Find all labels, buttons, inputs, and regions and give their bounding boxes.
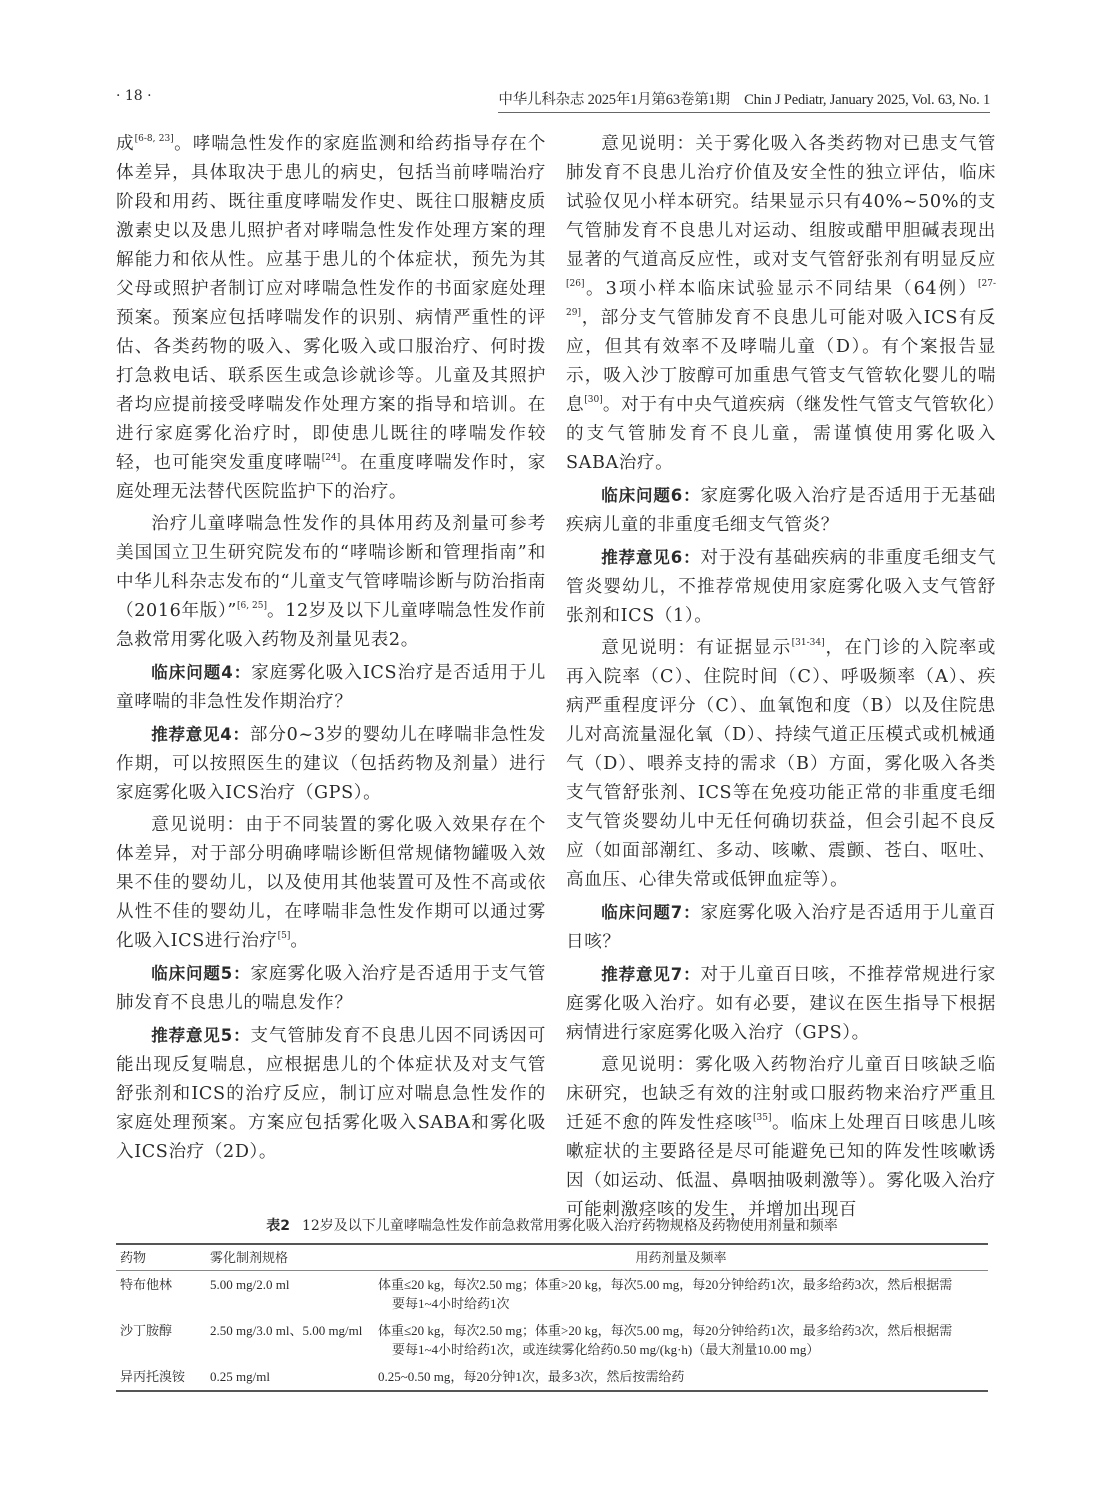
dosage-table: 药物 雾化制剂规格 用药剂量及频率 特布他林 5.00 mg/2.0 ml 体重…: [116, 1243, 988, 1392]
cell-spec: 0.25 mg/ml: [206, 1363, 374, 1391]
clinical-question-6: 临床问题6：家庭雾化吸入治疗是否适用于无基础疾病儿童的非重度毛细支气管炎？: [566, 481, 996, 540]
cell-dose: 体重≤20 kg，每次2.50 mg；体重>20 kg，每次5.00 mg，每2…: [374, 1317, 988, 1363]
cell-drug: 异丙托溴铵: [116, 1363, 206, 1391]
recommendation-7: 推荐意见7：对于儿童百日咳，不推荐常规进行家庭雾化吸入治疗。如有必要，建议在医生…: [566, 960, 996, 1048]
recommendation-4: 推荐意见4：部分0~3岁的婴幼儿在哮喘非急性发作期，可以按照医生的建议（包括药物…: [116, 720, 546, 808]
table-row: 异丙托溴铵 0.25 mg/ml 0.25~0.50 mg，每20分钟1次，最多…: [116, 1363, 988, 1391]
citation[interactable]: [6-8, 23]: [135, 134, 174, 144]
explanation-5: 意见说明：关于雾化吸入各类药物对已患支气管肺发育不良患儿治疗价值及安全性的独立评…: [566, 130, 996, 478]
explanation-4: 意见说明：由于不同装置的雾化吸入效果存在个体差异，对于部分明确哮喘诊断但常规储物…: [116, 811, 546, 956]
citation[interactable]: [6, 25]: [237, 601, 267, 611]
cell-spec: 5.00 mg/2.0 ml: [206, 1271, 374, 1318]
clinical-question-5: 临床问题5：家庭雾化吸入治疗是否适用于支气管肺发育不良患儿的喘息发作？: [116, 959, 546, 1018]
cell-drug: 沙丁胺醇: [116, 1317, 206, 1363]
left-column: 成[6-8, 23]。哮喘急性发作的家庭监测和给药指导存在个体差异，具体取决于患…: [116, 130, 546, 1170]
table-header-row: 药物 雾化制剂规格 用药剂量及频率: [116, 1244, 988, 1271]
clinical-question-4: 临床问题4：家庭雾化吸入ICS治疗是否适用于儿童哮喘的非急性发作期治疗？: [116, 658, 546, 717]
explanation-6: 意见说明：有证据显示[31-34]，在门诊的入院率或再入院率（C）、住院时间（C…: [566, 634, 996, 895]
citation[interactable]: [24]: [322, 453, 340, 463]
citation[interactable]: [30]: [584, 395, 602, 405]
citation[interactable]: [35]: [753, 1113, 771, 1123]
journal-citation: 中华儿科杂志 2025年1月第63卷第1期 Chin J Pediatr, Ja…: [498, 88, 990, 113]
table-title: 12岁及以下儿童哮喘急性发作前急救常用雾化吸入治疗药物规格及药物使用剂量和频率: [302, 1218, 838, 1234]
clinical-question-7: 临床问题7：家庭雾化吸入治疗是否适用于儿童百日咳？: [566, 898, 996, 957]
table-row: 沙丁胺醇 2.50 mg/3.0 ml、5.00 mg/ml 体重≤20 kg，…: [116, 1317, 988, 1363]
citation[interactable]: [5]: [278, 931, 291, 941]
citation[interactable]: [26]: [566, 279, 584, 289]
recommendation-5: 推荐意见5：支气管肺发育不良患儿因不同诱因可能出现反复喘息，应根据患儿的个体症状…: [116, 1021, 546, 1167]
cell-dose: 体重≤20 kg，每次2.50 mg；体重>20 kg，每次5.00 mg，每2…: [374, 1271, 988, 1318]
running-header: · 18 · 中华儿科杂志 2025年1月第63卷第1期 Chin J Pedi…: [116, 88, 990, 110]
right-column: 意见说明：关于雾化吸入各类药物对已患支气管肺发育不良患儿治疗价值及安全性的独立评…: [566, 130, 996, 1228]
table-caption: 表212岁及以下儿童哮喘急性发作前急救常用雾化吸入治疗药物规格及药物使用剂量和频…: [116, 1215, 988, 1235]
paragraph-dosage-reference: 治疗儿童哮喘急性发作的具体用药及剂量可参考美国国立卫生研究院发布的“哮喘诊断和管…: [116, 510, 546, 655]
cell-spec: 2.50 mg/3.0 ml、5.00 mg/ml: [206, 1317, 374, 1363]
header-drug: 药物: [116, 1244, 206, 1271]
table-label: 表2: [266, 1218, 290, 1234]
header-spec: 雾化制剂规格: [206, 1244, 374, 1271]
explanation-7: 意见说明：雾化吸入药物治疗儿童百日咳缺乏临床研究，也缺乏有效的注射或口服药物来治…: [566, 1051, 996, 1225]
recommendation-6: 推荐意见6：对于没有基础疾病的非重度毛细支气管炎婴幼儿，不推荐常规使用家庭雾化吸…: [566, 543, 996, 631]
cell-dose: 0.25~0.50 mg，每20分钟1次，最多3次，然后按需给药: [374, 1363, 988, 1391]
citation[interactable]: [31-34]: [792, 638, 825, 648]
cell-drug: 特布他林: [116, 1271, 206, 1318]
paragraph-home-monitoring: 成[6-8, 23]。哮喘急性发作的家庭监测和给药指导存在个体差异，具体取决于患…: [116, 130, 546, 507]
page-number: · 18 ·: [116, 88, 152, 104]
table-row: 特布他林 5.00 mg/2.0 ml 体重≤20 kg，每次2.50 mg；体…: [116, 1271, 988, 1318]
header-dose: 用药剂量及频率: [374, 1244, 988, 1271]
